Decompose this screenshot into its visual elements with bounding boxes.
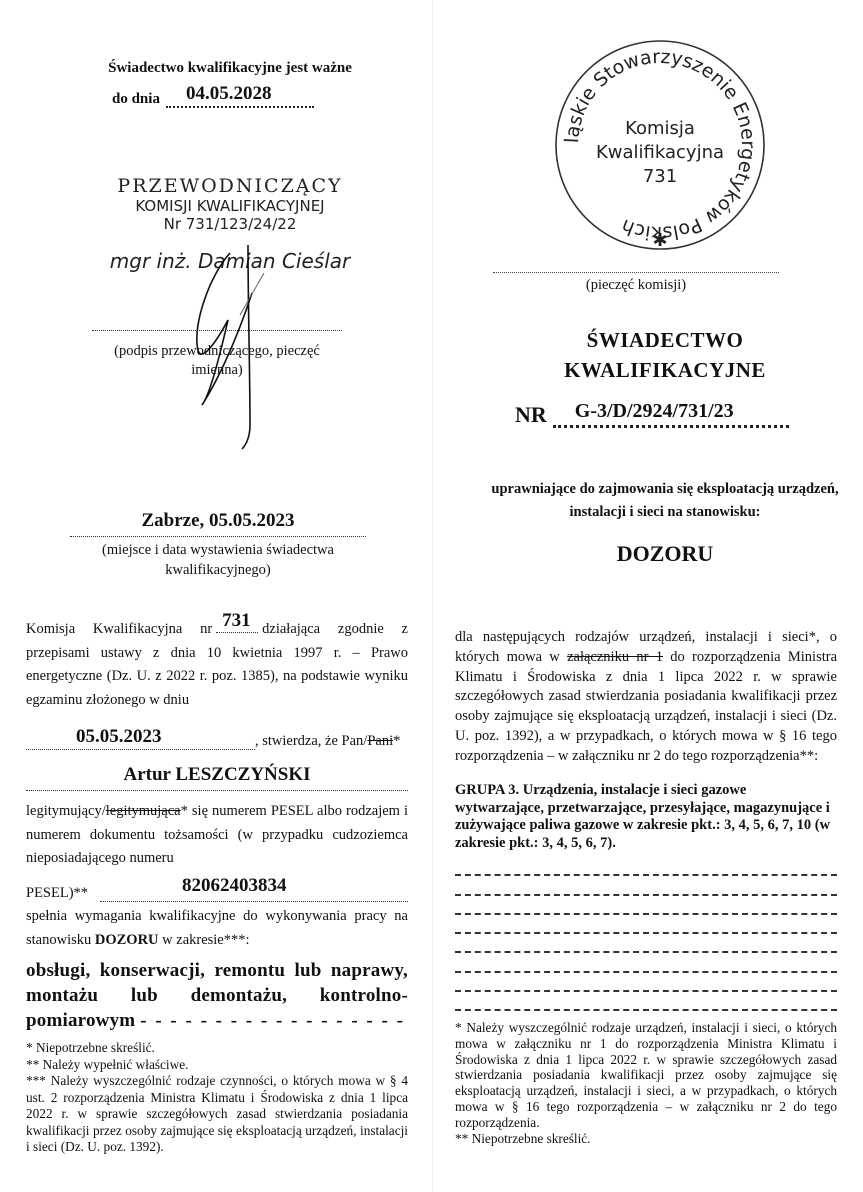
confirms-star: * — [393, 733, 400, 750]
blank-dashed-lines — [455, 857, 837, 1011]
device-types-statement: dla następujących rodzajów urządzeń, ins… — [455, 628, 837, 767]
holder-name: Artur LESZCZYŃSKI — [26, 764, 408, 786]
blank-dashed-line — [455, 896, 837, 915]
blank-dashed-line — [455, 953, 837, 972]
handwritten-signature-icon — [180, 225, 270, 455]
seal-star-icon: ✱ — [652, 230, 667, 251]
left-footnote-2: ** Należy wypełnić właściwe. — [26, 1057, 408, 1074]
pesel-value: 82062403834 — [182, 875, 287, 897]
exam-date-row: 05.05.2023 , stwierdza, że Pan/Pani* — [26, 728, 408, 750]
id-prefix: legitymujący/ — [26, 803, 106, 819]
chairman-commission: KOMISJI KWALIFIKACYJNEJ — [60, 197, 400, 215]
blank-dashed-line — [455, 934, 837, 953]
right-footnote-2: ** Niepotrzebne skreślić. — [455, 1131, 837, 1147]
page-fold-line — [432, 0, 433, 1192]
exam-date-field: 05.05.2023 — [26, 728, 255, 750]
scope-tail: - - - - - - - - - - - - - - - - - - — [140, 1010, 405, 1031]
certificate-nr-label: NR — [515, 402, 547, 428]
holder-name-line — [26, 790, 408, 791]
commission-seal-icon: Śląskie Stowarzyszenie Energetyków Polsk… — [553, 38, 767, 252]
pesel-field: 82062403834 — [100, 874, 408, 902]
left-footnotes: * Niepotrzebne skreślić. ** Należy wypeł… — [26, 1040, 408, 1156]
identity-statement: legitymujący/legitymująca* się numerem P… — [26, 800, 408, 871]
seal-line — [493, 272, 779, 273]
id-struck: legitymująca — [106, 803, 181, 819]
commission-number-field: 731 — [216, 619, 258, 633]
certificate-number-field: G-3/D/2924/731/23 — [553, 396, 789, 428]
seal-center-line1: Komisja — [625, 118, 695, 139]
commission-number: 731 — [222, 609, 251, 633]
confirms-struck: Pani — [367, 733, 393, 750]
right-footnote-1: * Należy wyszczególnić rodzaje urządzeń,… — [455, 1020, 837, 1131]
seal-caption: (pieczęć komisji) — [493, 277, 779, 294]
entitles-text: uprawniające do zajmowania się eksploata… — [470, 478, 860, 524]
commission-prefix: Komisja Kwalifikacyjna nr — [26, 621, 212, 637]
validity-label: Świadectwo kwalifikacyjne jest ważne — [0, 60, 460, 77]
blank-dashed-line — [455, 876, 837, 895]
validity-until-label: do dnia — [112, 91, 160, 108]
group-description: GRUPA 3. Urządzenia, instalacje i sieci … — [455, 782, 837, 852]
certificate-title-line2: KWALIFIKACYJNE — [470, 355, 860, 385]
right-footnotes: * Należy wyszczególnić rodzaje urządzeń,… — [455, 1020, 837, 1146]
chairman-title: PRZEWODNICZĄCY — [60, 175, 400, 197]
certificate-number-row: NR G-3/D/2924/731/23 — [515, 396, 789, 428]
pesel-row: PESEL)** 82062403834 — [26, 874, 408, 902]
commission-statement: Komisja Kwalifikacyjna nr731działająca z… — [26, 618, 408, 712]
pesel-label: PESEL)** — [26, 885, 88, 902]
validity-date-row: do dnia 04.05.2028 — [112, 86, 314, 108]
issue-caption: (miejsce i data wystawienia świadectwa k… — [70, 540, 366, 580]
certificate-title-line1: ŚWIADECTWO — [470, 325, 860, 355]
scope-of-work: obsługi, konserwacji, remontu lub napraw… — [26, 958, 408, 1033]
validity-date: 04.05.2028 — [186, 83, 272, 105]
issue-line — [70, 536, 366, 537]
certificate-number: G-3/D/2924/731/23 — [575, 400, 734, 423]
confirms-text: , stwierdza, że Pan/ — [255, 733, 367, 750]
validity-date-field: 04.05.2028 — [166, 86, 314, 108]
requirements-statement: spełnia wymagania kwalifikacyjne do wyko… — [26, 905, 408, 952]
intro-part2: do rozporządzenia Ministra Klimatu i Śro… — [455, 649, 837, 764]
left-footnote-1: * Niepotrzebne skreślić. — [26, 1040, 408, 1057]
certificate-title: ŚWIADECTWO KWALIFIKACYJNE — [470, 325, 860, 385]
exam-date: 05.05.2023 — [76, 726, 162, 748]
left-footnote-3: *** Należy wyszczególnić rodzaje czynnoś… — [26, 1073, 408, 1156]
blank-dashed-line — [455, 973, 837, 992]
seal-center-line2: Kwalifikacyjna — [596, 142, 724, 163]
blank-dashed-line — [455, 915, 837, 934]
blank-dashed-line — [455, 992, 837, 1011]
issue-place-date: Zabrze, 05.05.2023 — [70, 510, 366, 532]
meets-suffix: w zakresie***: — [162, 932, 249, 948]
intro-struck: załączniku nr 1 — [567, 649, 663, 665]
position-title: DOZORU — [470, 541, 860, 567]
seal-center-line3: 731 — [643, 166, 677, 187]
meets-position: DOZORU — [95, 932, 159, 948]
blank-dashed-line — [455, 857, 837, 876]
